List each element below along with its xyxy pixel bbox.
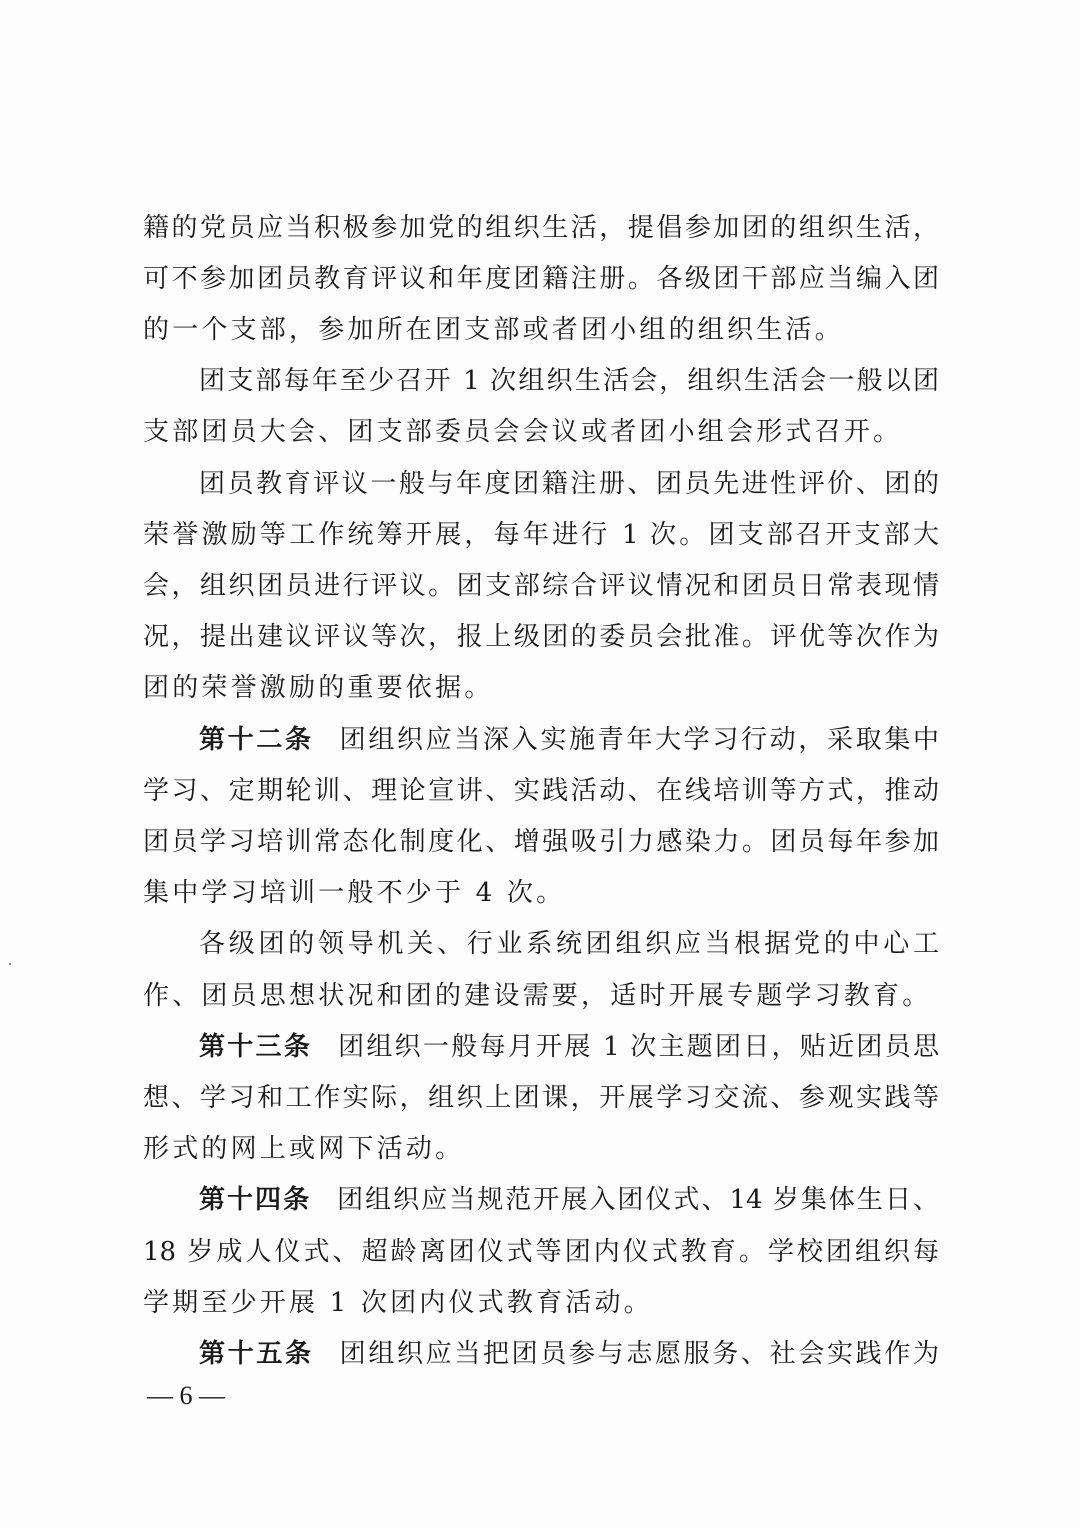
paragraph-start-line: 团员教育评议一般与年度团籍注册、团员先进性评价、团的 [199, 464, 939, 504]
article-heading-12: 第十二条 [199, 725, 314, 755]
body-line: 支部团员大会、团支部委员会会议或者团小组会形式召开。 [143, 412, 939, 452]
paragraph-start-line: 各级团的领导机关、行业系统团组织应当根据党的中心工 [199, 924, 939, 964]
article-text: 团组织应当把团员参与志愿服务、社会实践作为 [340, 1339, 939, 1369]
article-heading-14: 第十四条 [199, 1185, 311, 1215]
body-line: 籍的党员应当积极参加党的组织生活，提倡参加团的组织生活， [143, 208, 939, 248]
body-line: 作、团员思想状况和团的建设需要，适时开展专题学习教育。 [143, 976, 939, 1016]
body-line: 18 岁成人仪式、超龄离团仪式等团内仪式教育。学校团组织每 [143, 1232, 939, 1272]
body-line: 荣誉激励等工作统筹开展，每年进行 1 次。团支部召开支部大 [143, 515, 939, 555]
body-line: 学期至少开展 1 次团内仪式教育活动。 [143, 1283, 939, 1323]
body-line: 想、学习和工作实际，组织上团课，开展学习交流、参观实践等 [143, 1078, 939, 1118]
scan-artifact [9, 963, 11, 965]
article-text: 团组织应当深入实施青年大学习行动，采取集中 [340, 725, 939, 755]
article-text: 团组织应当规范开展入团仪式、14 岁集体生日、 [337, 1185, 939, 1215]
body-line: 学习、定期轮训、理论宣讲、实践活动、在线培训等方式，推动 [143, 771, 939, 811]
body-line: 团的荣誉激励的重要依据。 [143, 668, 939, 708]
body-line: 况，提出建议评议等次，报上级团的委员会批准。评优等次作为 [143, 617, 939, 657]
paragraph-start-line: 团支部每年至少召开 1 次组织生活会，组织生活会一般以团 [199, 361, 939, 401]
document-page: 籍的党员应当积极参加党的组织生活，提倡参加团的组织生活， 可不参加团员教育评议和… [0, 0, 1080, 1528]
body-line: 形式的网上或网下活动。 [143, 1129, 939, 1169]
body-line: 的一个支部，参加所在团支部或者团小组的组织生活。 [143, 310, 939, 350]
body-line: 可不参加团员教育评议和年度团籍注册。各级团干部应当编入团 [143, 259, 939, 299]
body-line: 集中学习培训一般不少于 4 次。 [143, 873, 939, 913]
article-heading-15: 第十五条 [199, 1339, 314, 1369]
article-12-line: 第十二条团组织应当深入实施青年大学习行动，采取集中 [199, 720, 939, 760]
page-number: — 6 — [147, 1378, 225, 1414]
article-14-line: 第十四条团组织应当规范开展入团仪式、14 岁集体生日、 [199, 1180, 939, 1220]
article-13-line: 第十三条团组织一般每月开展 1 次主题团日，贴近团员思 [199, 1027, 939, 1067]
article-15-line: 第十五条团组织应当把团员参与志愿服务、社会实践作为 [199, 1334, 939, 1374]
body-line: 团员学习培训常态化制度化、增强吸引力感染力。团员每年参加 [143, 822, 939, 862]
body-line: 会，组织团员进行评议。团支部综合评议情况和团员日常表现情 [143, 566, 939, 606]
article-text: 团组织一般每月开展 1 次主题团日，贴近团员思 [338, 1032, 939, 1062]
article-heading-13: 第十三条 [199, 1032, 312, 1062]
